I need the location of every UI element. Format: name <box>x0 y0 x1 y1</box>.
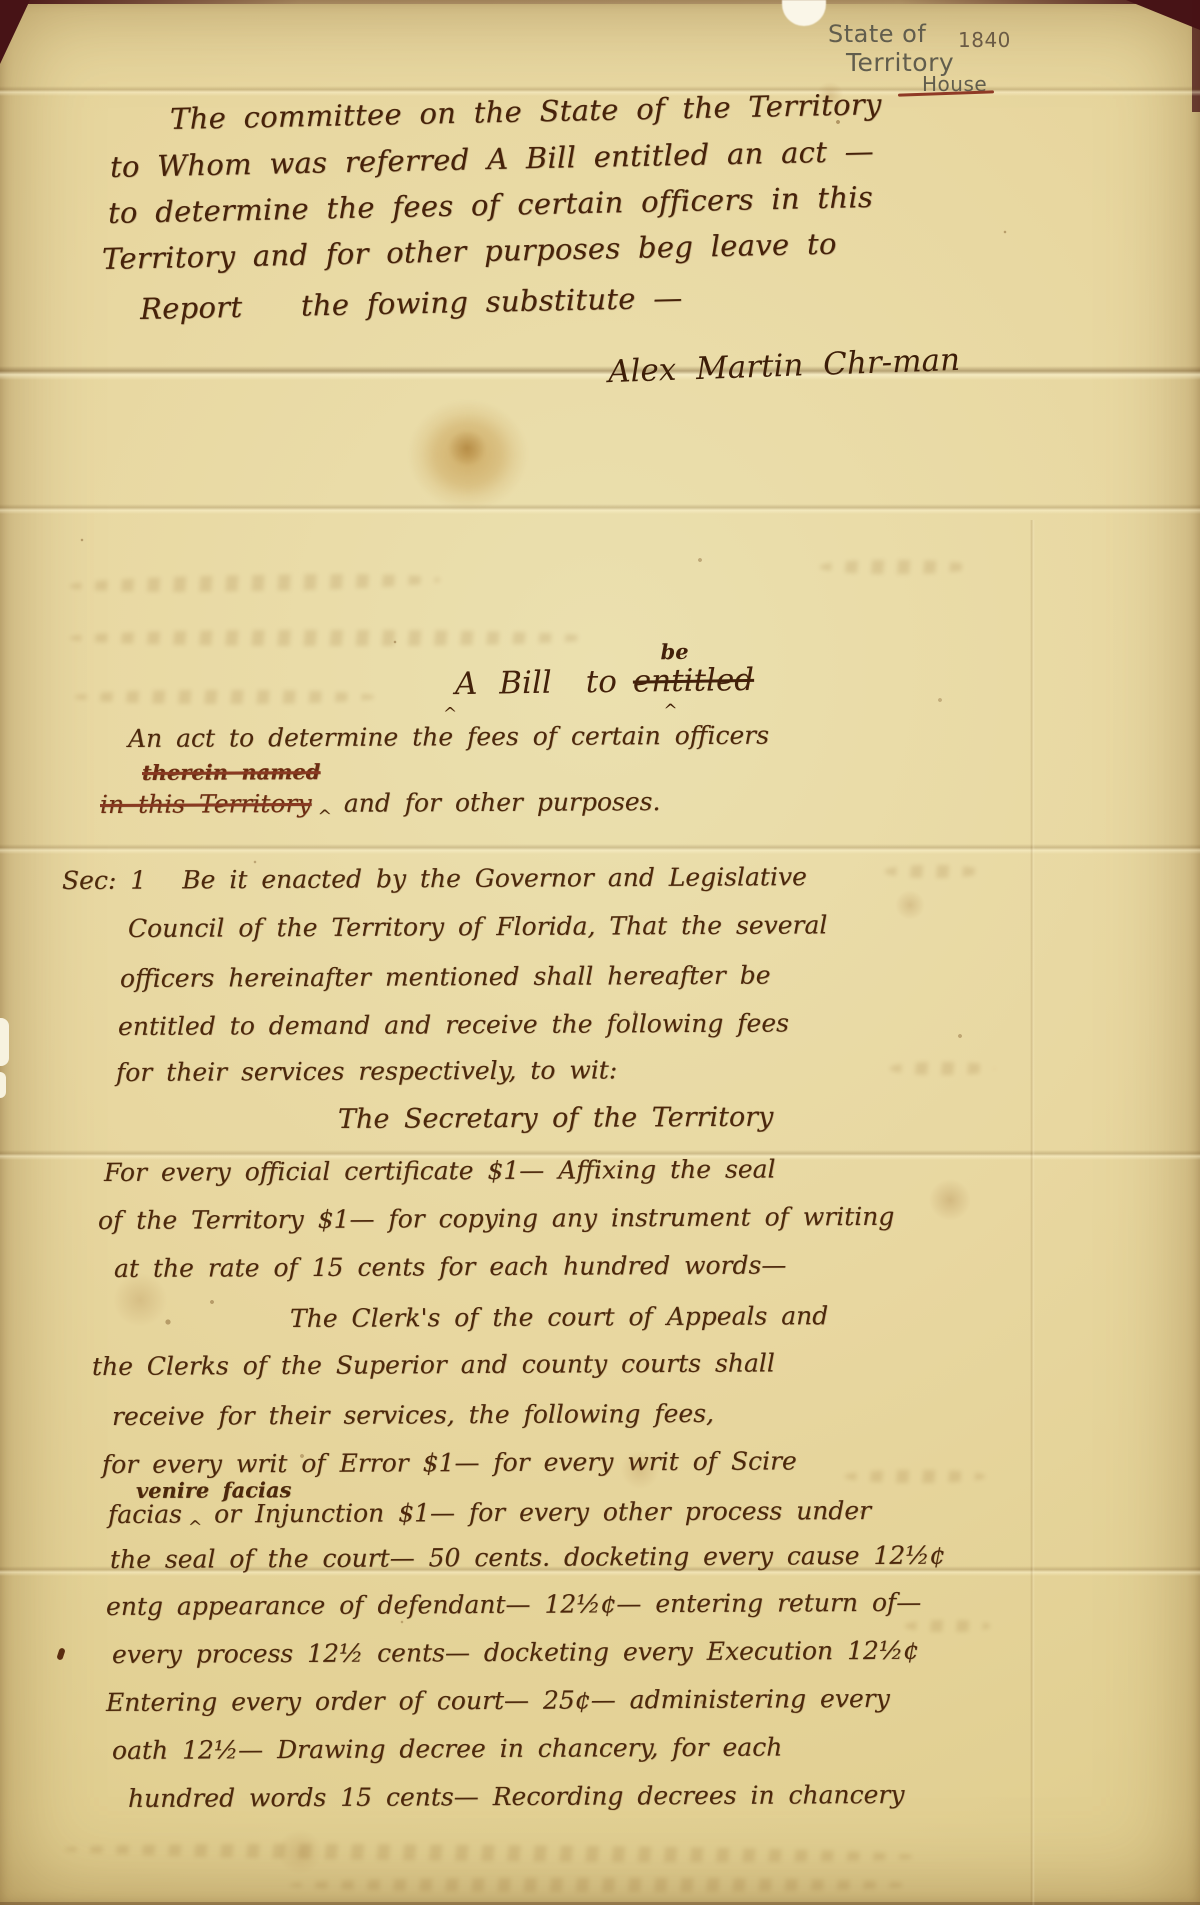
manuscript-line: the Clerks of the Superior and county co… <box>92 1348 775 1381</box>
bleedthrough-mark <box>290 1878 910 1892</box>
scan-corner-top-left <box>0 0 30 64</box>
bleedthrough-mark <box>65 1841 915 1864</box>
manuscript-line: for their services respectively, to wit: <box>116 1055 617 1087</box>
line-start: facias <box>108 1500 182 1529</box>
signature-line: Alex Martin Chr-man <box>607 342 960 390</box>
bill-title-a: A Bill <box>455 665 552 702</box>
manuscript-line: entg appearance of defendant— 12½¢— ente… <box>106 1588 921 1621</box>
scan-edge-top <box>0 0 1200 4</box>
manuscript-line: facias^or Injunction $1— for every other… <box>108 1496 871 1529</box>
bill-title-to: to <box>586 664 618 700</box>
manuscript-line: for every writ of Error $1— for every wr… <box>102 1446 797 1479</box>
manuscript-line: in this Territory^and for other purposes… <box>100 787 661 819</box>
manuscript-line: For every official certificate $1— Affix… <box>104 1154 776 1187</box>
insertion-caret: ^ <box>443 704 457 724</box>
vertical-crease <box>1030 520 1035 1905</box>
section-label: Sec: 1 <box>62 866 146 895</box>
manuscript-line: at the rate of 15 cents for each hundred… <box>114 1250 787 1283</box>
insertion-caret: ^ <box>188 1518 202 1538</box>
section-text: Be it enacted by the Governor and Legisl… <box>182 862 807 894</box>
struck-text: in this Territory <box>100 789 312 819</box>
inserted-text: be <box>660 639 688 664</box>
manuscript-line: entitled to demand and receive the follo… <box>118 1008 789 1041</box>
manuscript-line: An act to determine the fees of certain … <box>128 721 769 753</box>
manuscript-line: Entering every order of court— 25¢— admi… <box>106 1684 890 1717</box>
scan-corner-top-right <box>1126 0 1200 30</box>
manuscript-line: to Whom was referred A Bill entitled an … <box>110 134 875 184</box>
manuscript-line: receive for their services, the followin… <box>112 1399 714 1431</box>
manuscript-line: to determine the fees of certain officer… <box>108 180 874 230</box>
bill-title-line: A Billtoentitled be ^ <box>455 662 755 702</box>
manuscript-line: Territory and for other purposes beg lea… <box>102 227 837 276</box>
bleedthrough-mark <box>820 560 970 574</box>
paper-nick <box>0 1018 9 1066</box>
ink-mark <box>56 1647 65 1660</box>
paper-nick <box>0 1072 6 1098</box>
manuscript-line: every process 12½ cents— docketing every… <box>112 1636 919 1669</box>
line-continuation: or Injunction $1— for every other proces… <box>214 1496 871 1528</box>
pencil-note-state-of: State of <box>828 20 926 48</box>
bleedthrough-mark <box>845 1470 985 1483</box>
manuscript-line: oath 12½— Drawing decree in chancery, fo… <box>112 1732 782 1765</box>
pencil-note-year: 1840 <box>958 28 1011 52</box>
fold-crease <box>0 366 1200 380</box>
bleedthrough-mark <box>890 1062 995 1075</box>
bleedthrough-mark <box>70 630 590 646</box>
bleedthrough-mark <box>75 690 375 704</box>
manuscript-line: officers hereinafter mentioned shall her… <box>120 961 771 993</box>
bleedthrough-mark <box>70 572 440 594</box>
manuscript-line: hundred words 15 cents— Recording decree… <box>128 1780 905 1813</box>
manuscript-line: Report the fowing substitute — <box>140 281 683 326</box>
manuscript-line: Council of the Territory of Florida, Tha… <box>128 910 828 943</box>
secretary-heading: The Secretary of the Territory <box>338 1102 774 1135</box>
struck-text: entitled <box>633 662 755 700</box>
ink-stain <box>448 430 486 466</box>
bleedthrough-mark <box>885 865 980 878</box>
manuscript-line: Sec: 1Be it enacted by the Governor and … <box>62 862 807 895</box>
line-continuation: and for other purposes. <box>344 787 661 818</box>
fold-crease <box>0 504 1200 514</box>
bleedthrough-mark <box>905 1620 990 1632</box>
manuscript-line: of the Territory $1— for copying any ins… <box>98 1202 894 1235</box>
inserted-struck-text: therein named <box>142 759 321 785</box>
insertion-caret: ^ <box>663 701 678 721</box>
manuscript-line: The Clerk's of the court of Appeals and <box>290 1301 828 1333</box>
fold-crease <box>0 844 1200 854</box>
paper-tear <box>782 0 826 26</box>
manuscript-line: the seal of the court— 50 cents. docketi… <box>110 1541 946 1574</box>
insertion-caret: ^ <box>318 807 332 827</box>
manuscript-page: State of Territory 1840 House The commit… <box>0 0 1200 1905</box>
